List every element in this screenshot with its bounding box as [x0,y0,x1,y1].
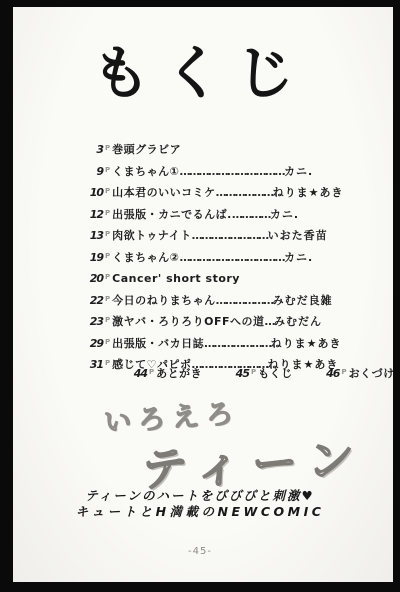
toc-author: カニ. [270,208,299,221]
page-title: もくじ [0,26,400,110]
toc-leader-dots: ………… [232,208,270,221]
toc-leader-dots: ………………… [204,337,271,350]
toc-title: 今日のねりまちゃん [112,294,216,307]
toc-entry: 20PCancer' short story [86,267,376,289]
toc-page-number: 19 [86,247,103,269]
toc-page-number: 22 [86,290,103,312]
toc-leader-dots: …………………………… [179,165,284,178]
toc-entry: 3P巻頭グラビア [86,138,376,160]
toc-entry: 13P肉欲トゥナイト……………………いおた香苗 [86,224,376,246]
toc-list: 3P巻頭グラビア 9Pくまちゃん①……………………………カニ. 10P山本君のい… [86,138,376,375]
toc-leader-dots: … [265,315,275,328]
toc-leader-dots: ……………… [216,294,273,307]
page-suffix: P [341,368,346,376]
toc-footer-row: 44Pあとがき 45Pもくじ 46Pおくづけ [130,365,395,381]
toc-author: みむだん [274,315,322,328]
toc-page-number: 44 [130,367,147,380]
page-suffix: P [105,316,110,324]
page-suffix: P [105,187,110,195]
toc-entry: 22P今日のねりまちゃん………………みむだ良雑 [86,289,376,311]
toc-leader-dots: …………………… [192,229,268,242]
toc-footer-entry: 44Pあとがき [130,367,202,380]
page-suffix: P [105,295,110,303]
page-suffix: P [105,273,110,281]
toc-leader-dots: …………………………… [179,251,284,264]
toc-title: 出張版・バカ日誌 [112,337,204,350]
toc-author: いおた香苗 [268,229,328,242]
toc-page-number: 29 [86,333,103,355]
toc-entry: 29P出張版・バカ日誌…………………ねりま★あき [86,332,376,354]
page-suffix: P [105,144,110,152]
toc-title: 肉欲トゥナイト [112,229,191,242]
toc-page-number: 31 [86,354,103,376]
page-suffix: P [105,230,110,238]
page-suffix: P [105,166,110,174]
toc-page-number: 13 [86,225,103,247]
toc-page-number: 10 [86,182,103,204]
page-suffix: P [105,338,110,346]
toc-title: おくづけ [349,367,395,380]
toc-entry: 12P出張版・カニでるんば.…………カニ. [86,203,376,225]
scanned-page: もくじ 3P巻頭グラビア 9Pくまちゃん①……………………………カニ. 10P山… [0,0,400,592]
toc-footer-entry: 45Pもくじ [232,367,293,380]
toc-page-number: 45 [232,367,249,380]
page-suffix: P [251,368,256,376]
toc-author: カニ. [284,165,313,178]
page-suffix: P [105,252,110,260]
toc-entry: 9Pくまちゃん①……………………………カニ. [86,160,376,182]
toc-author: みむだ良雑 [273,294,333,307]
toc-title: 巻頭グラビア [112,143,181,156]
toc-title: あとがき [156,367,202,380]
toc-author: ねりま★あき [273,186,344,199]
toc-author: ねりま★あき [271,337,342,350]
toc-title: もくじ [258,367,293,380]
promo-tagline-2: キュートとH満載のNEWCOMIC [0,502,400,520]
toc-title: 出張版・カニでるんば. [112,208,232,221]
toc-title: 山本君のいいコミケ [112,186,216,199]
toc-author: カニ. [284,251,313,264]
page-number: -45- [0,546,400,557]
toc-title: くまちゃん② [112,251,179,264]
toc-page-number: 46 [322,367,339,380]
toc-entry: 19Pくまちゃん②……………………………カニ. [86,246,376,268]
toc-title: くまちゃん① [112,165,179,178]
toc-entry: 23P激ヤバ・ろりろりOFFへの道…みむだん [86,310,376,332]
page-suffix: P [149,368,154,376]
toc-footer-entry: 46Pおくづけ [322,367,394,380]
toc-page-number: 3 [86,139,103,161]
toc-page-number: 20 [86,268,103,290]
toc-page-number: 9 [86,161,103,183]
toc-page-number: 12 [86,204,103,226]
toc-page-number: 23 [86,311,103,333]
page-suffix: P [105,359,110,367]
toc-title: 激ヤバ・ろりろりOFFへの道 [112,315,264,328]
toc-title: Cancer' short story [112,272,240,285]
page-suffix: P [105,209,110,217]
toc-entry: 10P山本君のいいコミケ………………ねりま★あき [86,181,376,203]
toc-leader-dots: ……………… [216,186,273,199]
